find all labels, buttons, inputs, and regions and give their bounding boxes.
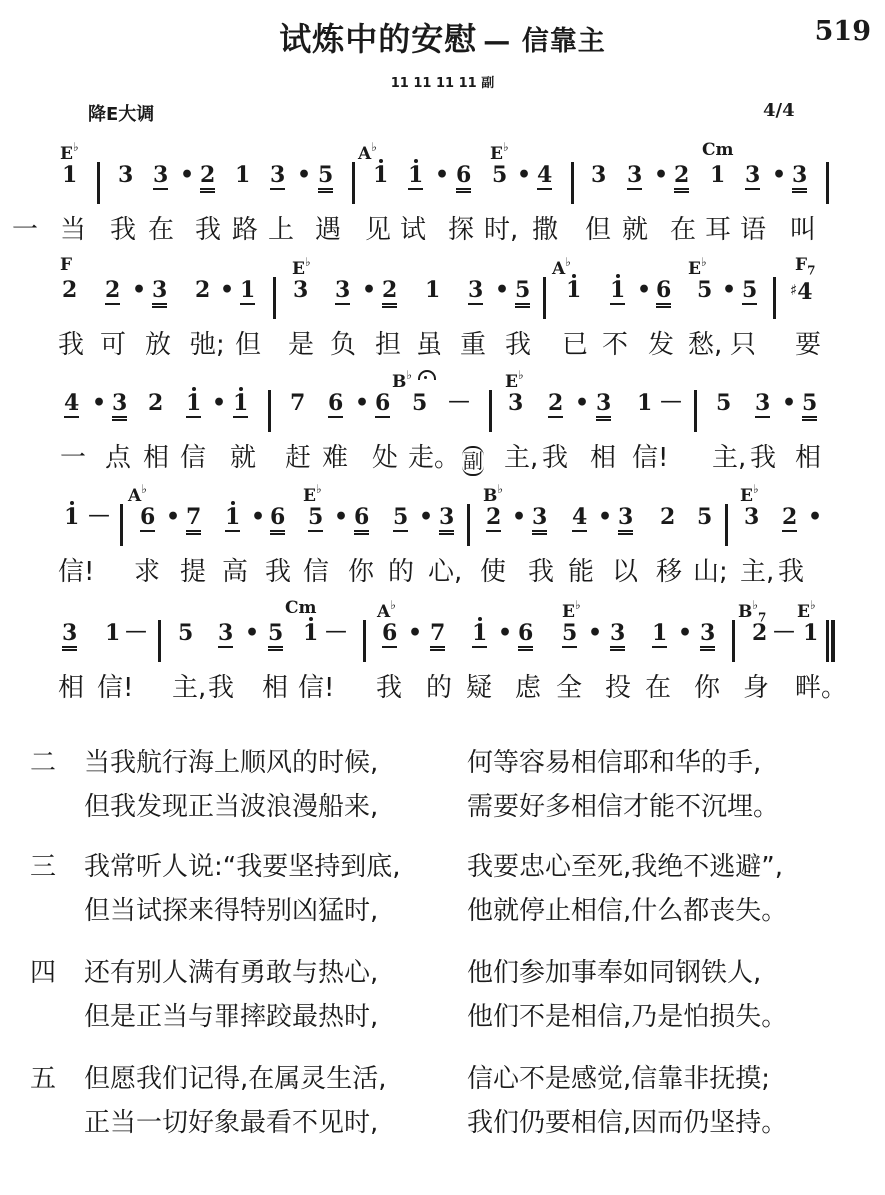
note: 5 <box>562 620 577 648</box>
lyric: 在 <box>645 673 671 703</box>
lyric: 相 <box>262 673 288 703</box>
chord-symbol: E♭ <box>505 368 524 392</box>
note-high: 1 <box>303 620 318 646</box>
score-system-4: A♭ E♭ B♭ E♭ 1 — 6 • 7 1 • 6 5 • 6 5 • 3 … <box>0 482 885 597</box>
note: 3 <box>335 277 350 305</box>
dot: • <box>166 504 180 530</box>
note: 6 <box>375 390 390 418</box>
bar-line <box>489 390 492 432</box>
lyric: 移 <box>656 557 682 587</box>
verse-line: 正当一切好象最看不见时,我们仍要相信,因而仍坚持。 <box>84 1102 378 1139</box>
score-system-3: B♭ E♭ 4 • 3 2 1 • 1 7 6 • 6 5 — 3 2 • 3 … <box>0 368 885 483</box>
lyric: 我 <box>750 443 776 473</box>
note: 3 <box>596 390 611 421</box>
lyric: 信! <box>298 673 334 703</box>
lyric: 负 <box>330 330 356 360</box>
note: 4 <box>537 162 552 190</box>
lyric: 时, <box>484 215 518 245</box>
lyric: 我 <box>778 557 804 587</box>
bar-line <box>826 162 829 204</box>
lyric: 叫 <box>790 215 816 245</box>
note-high: 1 <box>566 277 581 303</box>
note: 2 <box>548 390 563 418</box>
lyric: 全 <box>556 673 582 703</box>
note: 6 <box>518 620 533 651</box>
note: 1 <box>235 162 250 188</box>
note: 2 <box>195 277 210 303</box>
dot: • <box>498 620 512 646</box>
chord-symbol: E♭ <box>303 482 322 506</box>
lyric: 就 <box>230 443 256 473</box>
lyric: 见 <box>365 215 391 245</box>
dot: • <box>334 504 348 530</box>
note: 3 <box>153 162 168 190</box>
lyric: 身 <box>743 673 769 703</box>
note: 3 <box>755 390 770 418</box>
score-system-5: Cm A♭ E♭ B♭7 E♭ 3 1 — 5 3 • 5 1 — 6 • 7 … <box>0 598 885 713</box>
verse-4: 四 还有别人满有勇敢与热心,他们参加事奉如同钢铁人, 但是正当与罪摔跤最热时,他… <box>0 952 885 1010</box>
lyric: 可 <box>100 330 126 360</box>
note: 3 <box>62 620 77 651</box>
lyric: 主, <box>712 443 746 473</box>
note: 5 <box>697 277 712 303</box>
lyric: 虽 <box>416 330 442 360</box>
verses-section: 二 当我航行海上顺风的时候,何等容易相信耶和华的手, 但我发现正当波浪漫船来,需… <box>0 742 885 1116</box>
note: 2 <box>674 162 689 193</box>
chord-symbol: F7 <box>795 255 815 277</box>
note: 5 <box>318 162 333 193</box>
key-signature: 降E大调 <box>88 100 154 126</box>
lyric: 主, <box>172 673 206 703</box>
lyric: 弛; <box>190 330 225 360</box>
dot: • <box>251 504 265 530</box>
dot: • <box>408 620 422 646</box>
dot: • <box>212 390 226 416</box>
lyric: 不 <box>602 330 628 360</box>
lyric: 担 <box>375 330 401 360</box>
dot: • <box>355 390 369 416</box>
bar-line <box>543 277 546 319</box>
note: 5 <box>716 390 731 416</box>
lyric: 的 <box>388 557 414 587</box>
note: 1 <box>710 162 725 188</box>
verse-line: 还有别人满有勇敢与热心,他们参加事奉如同钢铁人, <box>84 952 378 989</box>
note: 3 <box>293 277 308 303</box>
final-bar-line <box>826 620 835 662</box>
verse-line: 但愿我们记得,在属灵生活,信心不是感觉,信靠非抚摸; <box>84 1058 387 1095</box>
lyric: 心, <box>428 557 462 587</box>
lyric: 语 <box>740 215 766 245</box>
chord-symbol: A♭ <box>358 140 377 164</box>
note: 2 <box>486 504 501 532</box>
lyric: 的 <box>426 673 452 703</box>
note: 2 <box>382 277 397 308</box>
bar-line <box>158 620 161 662</box>
bar-line <box>694 390 697 432</box>
note: 6 <box>656 277 671 308</box>
bar-line <box>273 277 276 319</box>
lyric: 高 <box>222 557 248 587</box>
note: 6 <box>456 162 471 193</box>
lyric: 我 <box>376 673 402 703</box>
note: 3 <box>744 504 759 530</box>
lyric: 点 <box>105 443 131 473</box>
chord-symbol: E♭ <box>740 482 759 506</box>
dot: • <box>92 390 106 416</box>
note: 3 <box>591 162 606 188</box>
note: 7 <box>186 504 201 535</box>
verse-number: 三 <box>30 846 56 883</box>
fermata-icon <box>418 370 436 380</box>
chord-symbol: Cm <box>285 598 317 618</box>
lyric: 你 <box>348 557 374 587</box>
lyric: 上 <box>268 215 294 245</box>
dot: • <box>362 277 376 303</box>
dot: • <box>180 162 194 188</box>
note-sharp: ♯4 <box>790 277 813 305</box>
lyric: 已 <box>562 330 588 360</box>
dot: • <box>598 504 612 530</box>
note: 2 <box>660 504 675 530</box>
lyric: 放 <box>145 330 171 360</box>
lyric: 信 <box>180 443 206 473</box>
note: 2 <box>782 504 797 532</box>
verse-line: 但我发现正当波浪漫船来,需要好多相信才能不沉埋。 <box>84 786 378 823</box>
lyric: 求 <box>134 557 160 587</box>
note-high: 1 <box>186 390 201 418</box>
note: 5 <box>515 277 530 308</box>
lyric: 撒 <box>532 215 558 245</box>
note: 5 <box>393 504 408 532</box>
lyric: 探 <box>448 215 474 245</box>
dot: • <box>654 162 668 188</box>
note: 2 <box>752 620 767 646</box>
lyric: 我 <box>58 330 84 360</box>
note: 1 <box>105 620 120 646</box>
time-signature: 4/4 <box>763 100 795 121</box>
note: 3 <box>439 504 454 535</box>
chord-symbol: A♭ <box>128 482 147 506</box>
verse-number: 五 <box>30 1058 56 1095</box>
bar-line <box>732 620 735 662</box>
chord-symbol: B♭ <box>483 482 503 506</box>
lyric: 要 <box>795 330 821 360</box>
note-high: 1 <box>233 390 248 418</box>
dot: • <box>517 162 531 188</box>
lyric: 相 <box>143 443 169 473</box>
lyric: 在 <box>670 215 696 245</box>
lyric: 走。 <box>408 443 460 473</box>
dash: — <box>125 619 147 645</box>
verse-number: 二 <box>30 742 56 779</box>
lyric: 耳 <box>705 215 731 245</box>
lyric: 山; <box>693 557 728 587</box>
lyric: 相 <box>795 443 821 473</box>
lyric: 处 <box>372 443 398 473</box>
verse-3: 三 我常听人说:“我要坚持到底,我要忠心至死,我绝不逃避”, 但当试探来得特别凶… <box>0 846 885 904</box>
note-high: 1 <box>225 504 240 532</box>
note: 3 <box>468 277 483 305</box>
lyric: 但 <box>235 330 261 360</box>
dot: • <box>637 277 651 303</box>
lyric: 我 <box>505 330 531 360</box>
note: 6 <box>270 504 285 535</box>
dash: — <box>88 503 110 529</box>
lyric: 但 <box>585 215 611 245</box>
dash: — <box>325 619 347 645</box>
note: 3 <box>745 162 760 190</box>
dot: • <box>588 620 602 646</box>
note: 4 <box>572 504 587 532</box>
lyric: 信! <box>632 443 668 473</box>
bar-line <box>363 620 366 662</box>
verse-line: 我常听人说:“我要坚持到底,我要忠心至死,我绝不逃避”, <box>84 846 401 883</box>
lyric: 使 <box>480 557 506 587</box>
note: 3 <box>508 390 523 416</box>
bar-line <box>571 162 574 204</box>
dot: • <box>512 504 526 530</box>
note: 2 <box>200 162 215 193</box>
lyric: 提 <box>180 557 206 587</box>
meter: 11 11 11 11 副 <box>0 72 885 91</box>
chord-symbol: A♭ <box>377 598 396 622</box>
dot: • <box>435 162 449 188</box>
note: 3 <box>112 390 127 421</box>
note: 3 <box>218 620 233 648</box>
verse-number: 四 <box>30 952 56 989</box>
chord-symbol: E♭ <box>292 255 311 279</box>
score-system-2: F E♭ A♭ E♭ F7 2 2 • 3 2 • 1 3 3 • 2 1 3 … <box>0 255 885 370</box>
lyric: 畔。 <box>795 673 847 703</box>
verse-line: 当我航行海上顺风的时候,何等容易相信耶和华的手, <box>84 742 378 779</box>
note: 7 <box>290 390 305 416</box>
lyric: 发 <box>648 330 674 360</box>
note: 2 <box>148 390 163 416</box>
lyric: 信 <box>303 557 329 587</box>
note: 3 <box>618 504 633 535</box>
chord-symbol: Cm <box>702 140 734 160</box>
dot: • <box>245 620 259 646</box>
hymn-title: 试炼中的安慰— 信靠主 <box>0 14 885 60</box>
lyric: 我 <box>542 443 568 473</box>
lyric: 只 <box>730 330 756 360</box>
chord-symbol: E♭ <box>490 140 509 164</box>
note: 6 <box>382 620 397 648</box>
note: 4 <box>64 390 79 418</box>
note: 6 <box>140 504 155 532</box>
lyric: 投 <box>605 673 631 703</box>
dash: — <box>448 389 470 415</box>
dot: • <box>132 277 146 303</box>
dot: • <box>722 277 736 303</box>
lyric: 是 <box>288 330 314 360</box>
note: 1 <box>62 162 77 188</box>
chord-symbol: E♭ <box>562 598 581 622</box>
bar-line <box>120 504 123 546</box>
note: 1 <box>803 620 818 646</box>
note-high: 1 <box>610 277 625 305</box>
lyric: 我 <box>110 215 136 245</box>
note: 5 <box>308 504 323 532</box>
lyric: 我 <box>208 673 234 703</box>
lyric: 路 <box>232 215 258 245</box>
lyric: 就 <box>622 215 648 245</box>
lyric: 赶 <box>285 443 311 473</box>
note: 3 <box>792 162 807 193</box>
note: 2 <box>62 277 77 303</box>
note: 5 <box>742 277 757 305</box>
note-high: 1 <box>64 504 79 530</box>
dot: • <box>575 390 589 416</box>
note: 6 <box>328 390 343 418</box>
verse-5: 五 但愿我们记得,在属灵生活,信心不是感觉,信靠非抚摸; 正当一切好象最看不见时… <box>0 1058 885 1116</box>
note: 1 <box>637 390 652 416</box>
lyric: 难 <box>322 443 348 473</box>
lyric: 主, <box>740 557 774 587</box>
note: 5 <box>412 390 427 416</box>
bar-line <box>352 162 355 204</box>
note: 3 <box>270 162 285 190</box>
note: 3 <box>118 162 133 188</box>
bar-line <box>725 504 728 546</box>
dot: • <box>808 504 822 530</box>
lyric: 试 <box>400 215 426 245</box>
score-system-1: E♭ A♭ E♭ Cm 1 3 3 • 2 1 3 • 5 1 1 • 6 5 … <box>0 140 885 255</box>
chord-symbol: E♭ <box>797 598 816 622</box>
hymn-number: 519 <box>815 16 871 47</box>
dot: • <box>297 162 311 188</box>
title-main: 试炼中的安慰 <box>279 20 477 58</box>
note-high: 1 <box>408 162 423 190</box>
note: 1 <box>652 620 667 648</box>
lyric: 一 <box>60 443 86 473</box>
lyric: 我 <box>528 557 554 587</box>
dot: • <box>419 504 433 530</box>
title-subtitle: — 信靠主 <box>483 26 605 57</box>
note: 3 <box>610 620 625 651</box>
lyric: 信! <box>97 673 133 703</box>
note: 3 <box>532 504 547 535</box>
verse-line: 但是正当与罪摔跤最热时,他们不是相信,乃是怕损失。 <box>84 996 378 1033</box>
lyric-verse-number: 一 <box>12 215 38 245</box>
dash: — <box>660 389 682 415</box>
lyric: 信! <box>58 557 94 587</box>
note: 5 <box>268 620 283 651</box>
lyric: 我 <box>195 215 221 245</box>
dot: • <box>782 390 796 416</box>
lyric: 愁, <box>688 330 722 360</box>
lyric: 你 <box>694 673 720 703</box>
refrain-marker: 副 <box>462 446 484 476</box>
lyric: 疑 <box>466 673 492 703</box>
note-high: 1 <box>373 162 388 188</box>
chord-symbol: A♭ <box>552 255 571 279</box>
note: 6 <box>354 504 369 535</box>
dot: • <box>495 277 509 303</box>
note: 7 <box>430 620 445 651</box>
bar-line <box>268 390 271 432</box>
dot: • <box>678 620 692 646</box>
dot: • <box>772 162 786 188</box>
bar-line <box>773 277 776 319</box>
lyric: 相 <box>590 443 616 473</box>
note: 5 <box>492 162 507 188</box>
note: 1 <box>240 277 255 305</box>
chord-symbol: B♭ <box>392 368 412 392</box>
lyric: 能 <box>568 557 594 587</box>
lyric: 主, <box>504 443 538 473</box>
note: 1 <box>425 277 440 303</box>
note: 3 <box>700 620 715 651</box>
lyric: 我 <box>265 557 291 587</box>
bar-line <box>97 162 100 204</box>
lyric: 遇 <box>315 215 341 245</box>
note-high: 1 <box>472 620 487 648</box>
note: 5 <box>802 390 817 421</box>
lyric: 相 <box>58 673 84 703</box>
verse-line: 但当试探来得特别凶猛时,他就停止相信,什么都丧失。 <box>84 890 378 927</box>
chord-symbol: E♭ <box>60 140 79 164</box>
note: 5 <box>178 620 193 646</box>
bar-line <box>467 504 470 546</box>
note: 3 <box>152 277 167 308</box>
lyric: 重 <box>460 330 486 360</box>
dot: • <box>220 277 234 303</box>
verse-2: 二 当我航行海上顺风的时候,何等容易相信耶和华的手, 但我发现正当波浪漫船来,需… <box>0 742 885 800</box>
chord-symbol: F <box>60 255 72 275</box>
note: 5 <box>697 504 712 530</box>
lyric: 虑 <box>515 673 541 703</box>
lyric: 以 <box>612 557 638 587</box>
lyric: 当 <box>60 215 86 245</box>
chord-symbol: E♭ <box>688 255 707 279</box>
lyric: 在 <box>148 215 174 245</box>
dash: — <box>773 619 795 645</box>
note: 3 <box>627 162 642 190</box>
note: 2 <box>105 277 120 305</box>
